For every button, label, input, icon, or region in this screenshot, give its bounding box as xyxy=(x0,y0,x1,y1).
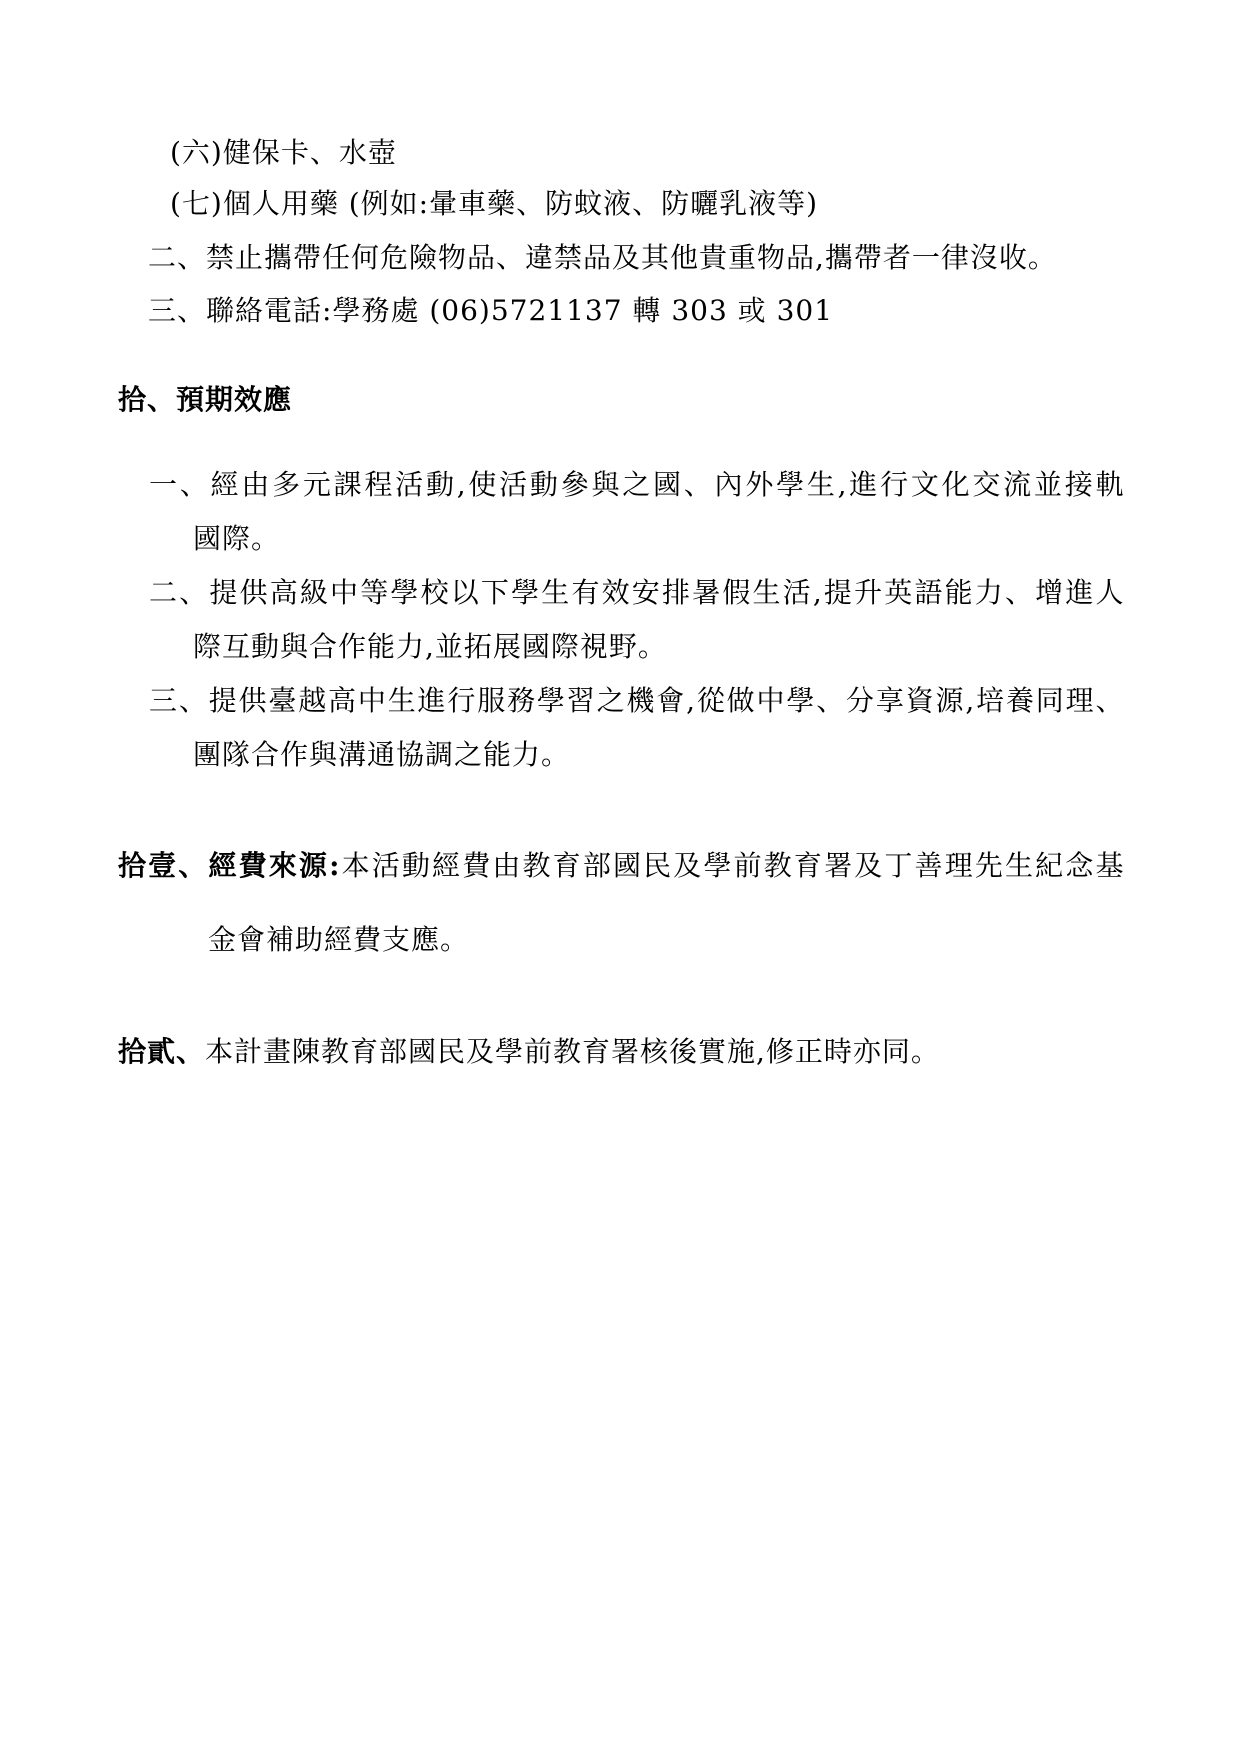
effect-item-2-line-1: 二、提供高級中等學校以下學生有效安排暑假生活,提升英語能力、增進人 xyxy=(149,572,1125,614)
section-10-heading: 拾、預期效應 xyxy=(118,379,292,421)
effect-item-2-text: 提供高級中等學校以下學生有效安排暑假生活,提升英語能力、增進人 xyxy=(209,576,1125,609)
effect-item-1-line-2: 國際。 xyxy=(193,518,280,560)
approval-section-line: 拾貳、本計畫陳教育部國民及學前教育署核後實施,修正時亦同。 xyxy=(118,1031,940,1073)
funding-section-line-2: 金會補助經費支應。 xyxy=(208,919,469,961)
packing-sub-item-7: (七)個人用藥 (例如:暈車藥、防蚊液、防曬乳液等) xyxy=(170,183,818,225)
rule-item-2-text: 禁止攜帶任何危險物品、違禁品及其他貴重物品,攜帶者一律沒收。 xyxy=(206,241,1057,274)
effect-item-1-line-1: 一、經由多元課程活動,使活動參與之國、內外學生,進行文化交流並接軌 xyxy=(149,464,1125,506)
packing-sub-item-6: (六)健保卡、水壺 xyxy=(170,132,397,174)
document-page: (六)健保卡、水壺 (七)個人用藥 (例如:暈車藥、防蚊液、防曬乳液等) 二、禁… xyxy=(0,0,1241,1755)
rule-item-2-number: 二、 xyxy=(148,241,206,274)
effect-item-3-number: 三、 xyxy=(149,684,209,717)
funding-section-line-1: 拾壹、經費來源:本活動經費由教育部國民及學前教育署及丁善理先生紀念基 xyxy=(118,845,1125,887)
funding-section-text: 本活動經費由教育部國民及學前教育署及丁善理先生紀念基 xyxy=(341,849,1125,882)
contact-item-3: 三、聯絡電話:學務處 (06)5721137 轉 303 或 301 xyxy=(148,290,833,332)
funding-section-heading: 拾壹、經費來源: xyxy=(118,849,341,882)
effect-item-3-text: 提供臺越高中生進行服務學習之機會,從做中學、分享資源,培養同理、 xyxy=(209,684,1125,717)
approval-section-text: 本計畫陳教育部國民及學前教育署核後實施,修正時亦同。 xyxy=(205,1035,940,1068)
contact-item-3-text: 聯絡電話:學務處 (06)5721137 轉 303 或 301 xyxy=(206,294,833,327)
effect-item-3-line-1: 三、提供臺越高中生進行服務學習之機會,從做中學、分享資源,培養同理、 xyxy=(149,680,1125,722)
effect-item-1-text: 經由多元課程活動,使活動參與之國、內外學生,進行文化交流並接軌 xyxy=(211,468,1125,501)
rule-item-2: 二、禁止攜帶任何危險物品、違禁品及其他貴重物品,攜帶者一律沒收。 xyxy=(148,237,1057,279)
effect-item-3-line-2: 團隊合作與溝通協調之能力。 xyxy=(193,734,570,776)
effect-item-2-line-2: 際互動與合作能力,並拓展國際視野。 xyxy=(193,626,667,668)
effect-item-2-number: 二、 xyxy=(149,576,209,609)
approval-section-heading: 拾貳、 xyxy=(118,1035,205,1068)
contact-item-3-number: 三、 xyxy=(148,294,206,327)
effect-item-1-number: 一、 xyxy=(149,468,211,501)
